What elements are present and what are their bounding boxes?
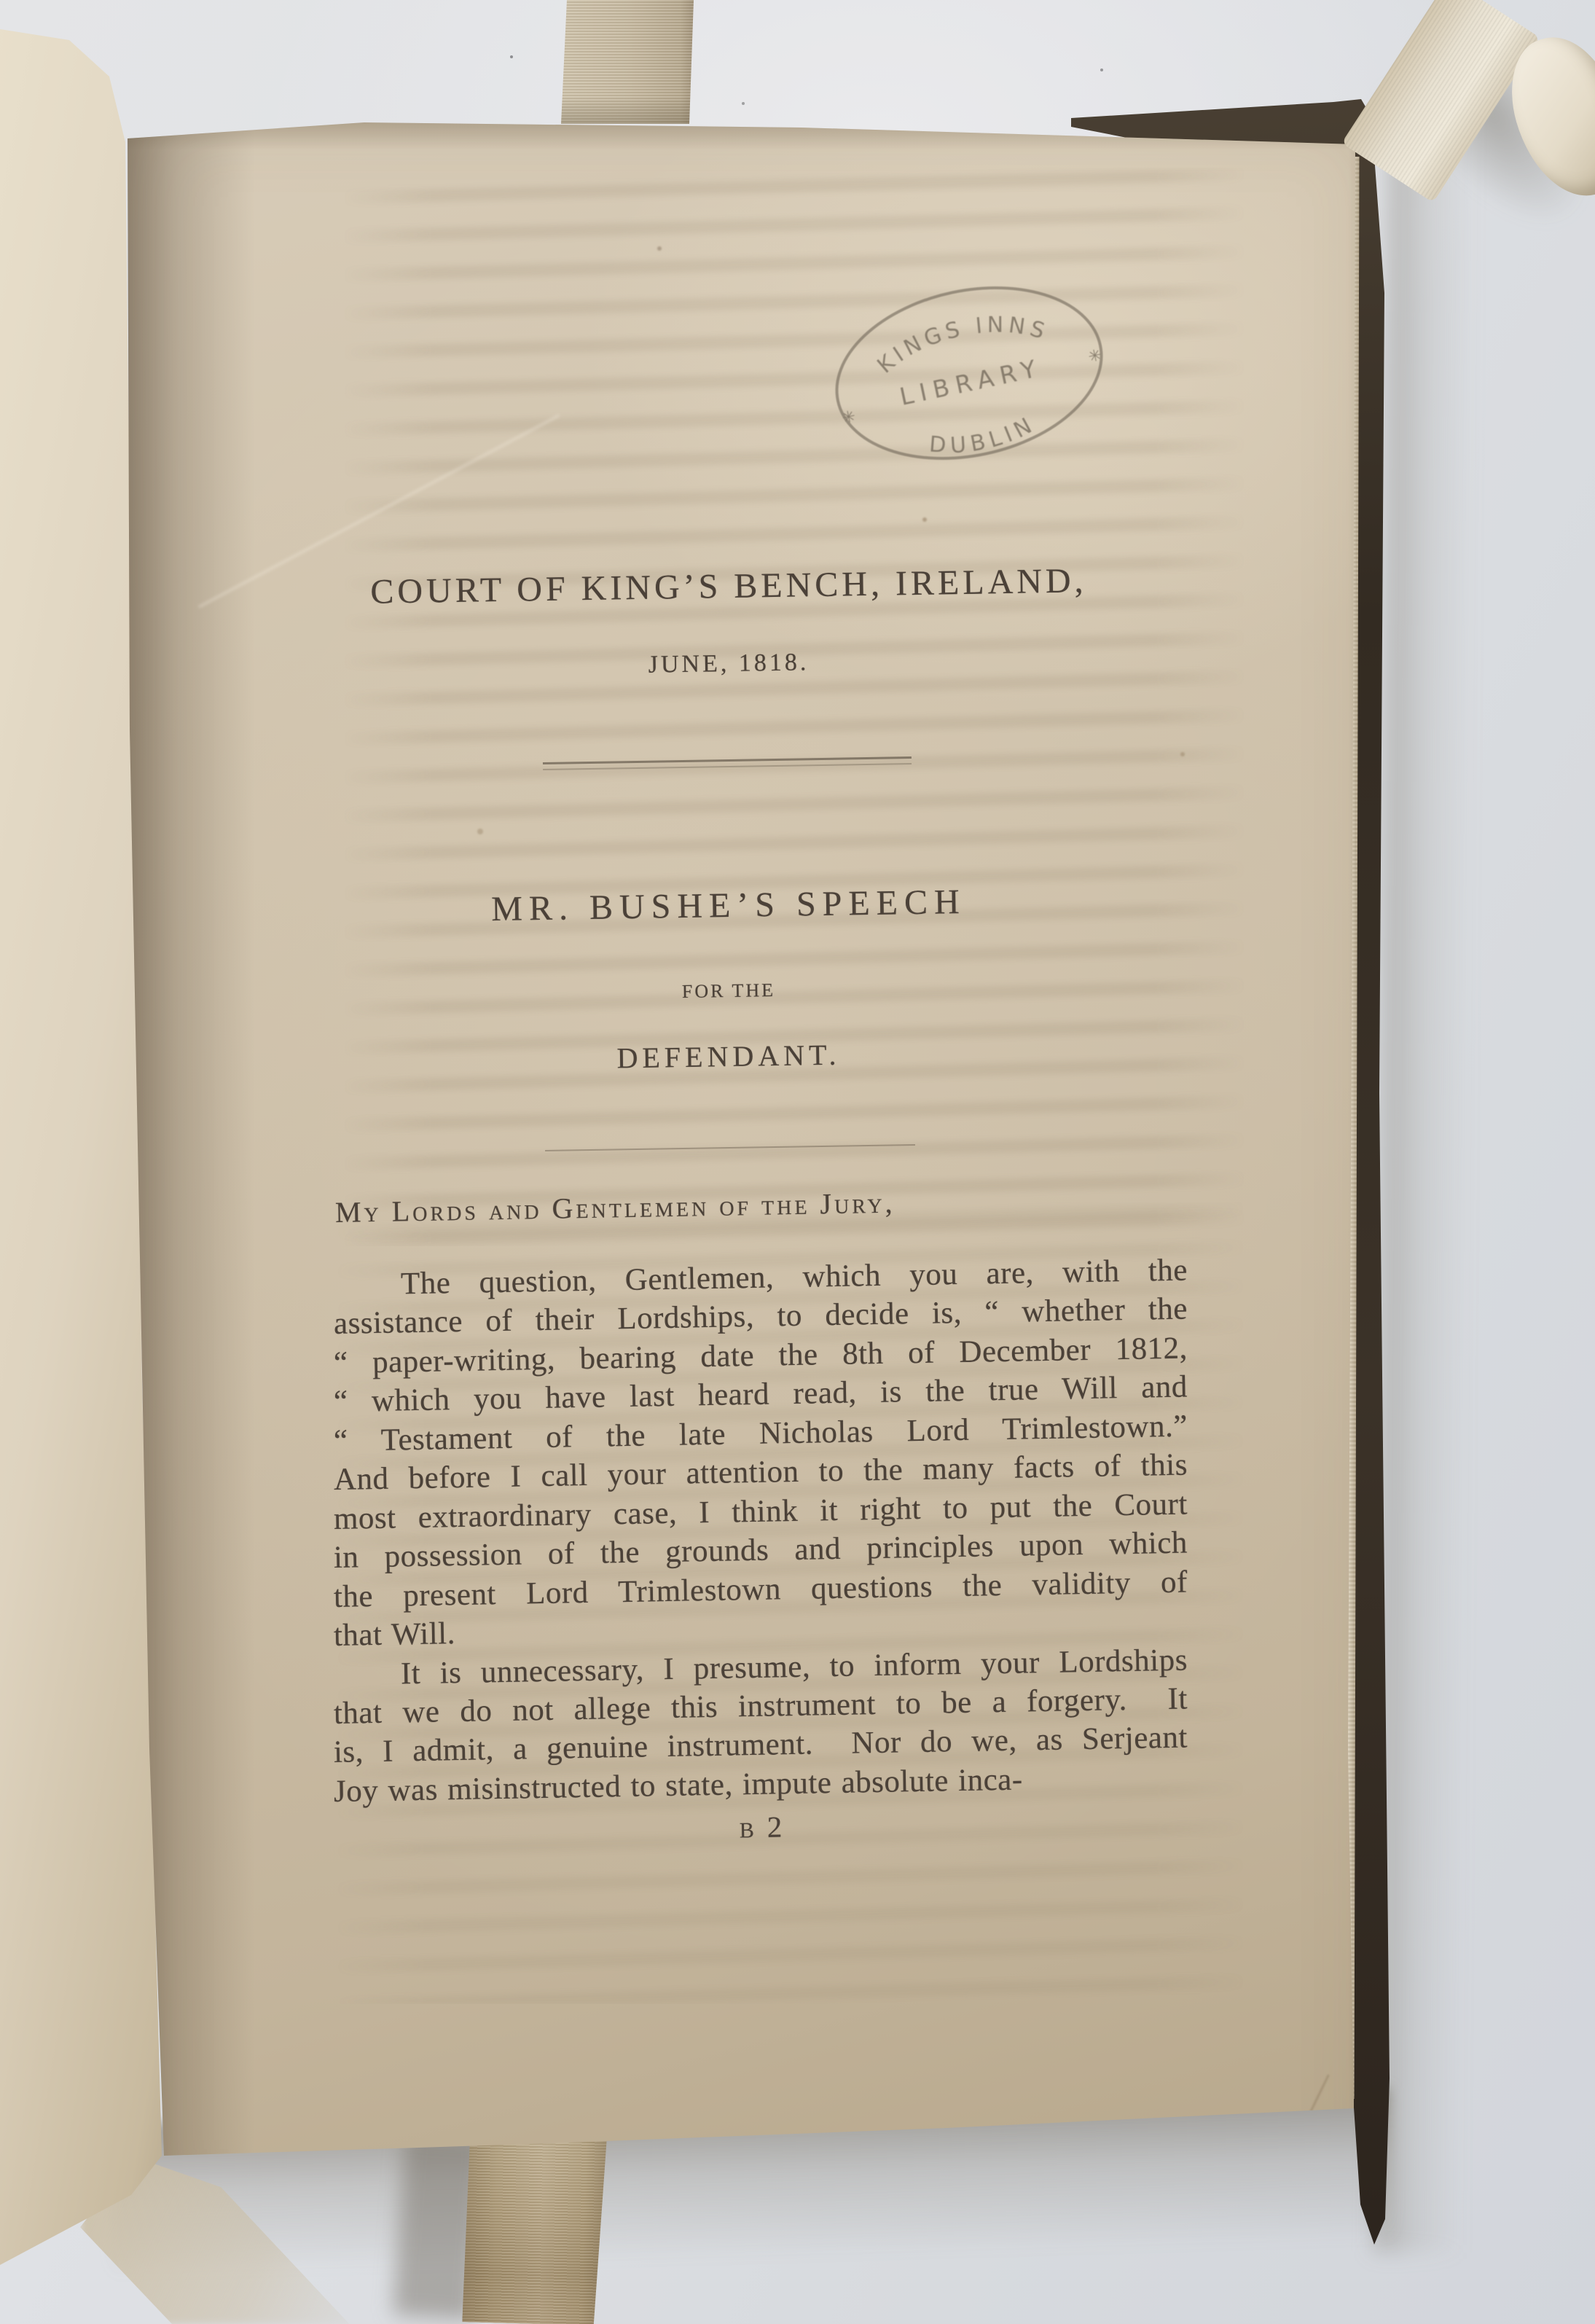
- signature-numeral: 2: [767, 1809, 782, 1843]
- body-line: that Will.: [334, 1605, 1188, 1651]
- body-line: is, I admit, a genuine instrument. Nor d…: [334, 1722, 1188, 1768]
- body-text: The question, Gentlemen, which you are, …: [334, 0, 1188, 2324]
- top-ribbon: [561, 0, 694, 124]
- body-line: Joy was misinstructed to state, impute a…: [334, 1761, 1188, 1807]
- signature-letter: B: [740, 1818, 756, 1842]
- body-line: the present Lord Trimlestown questions t…: [334, 1566, 1188, 1612]
- book-shadow-right: [1374, 95, 1477, 2253]
- book-photo: KINGS INNS LIBRARY DUBLIN ✳ ✳ COURT OF K…: [0, 0, 1595, 2324]
